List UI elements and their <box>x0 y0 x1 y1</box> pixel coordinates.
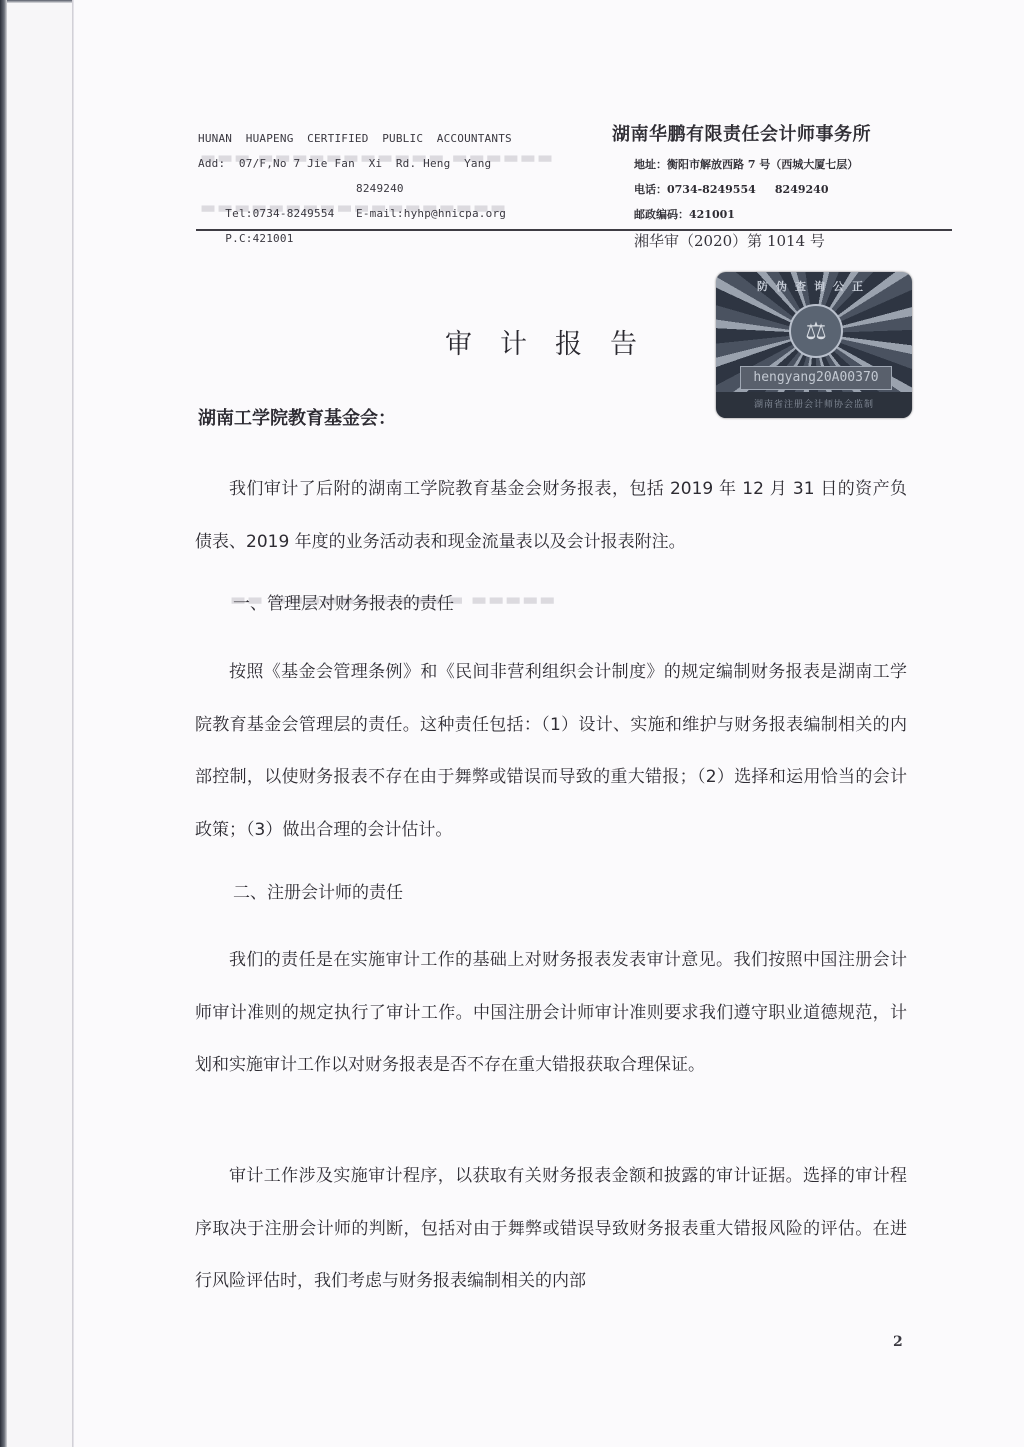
tel-row-en: Tel:0734-8249554 8249240 <box>198 176 512 201</box>
letterhead-chinese: 湖南华鹏有限责任会计师事务所 地址：衡阳市解放西路 7 号（西城大厦七层） 电话… <box>612 120 871 227</box>
page-number: 2 <box>893 1334 903 1350</box>
seal-verification-code: hengyang20A00370 <box>740 366 892 390</box>
section-2-heading: 二、注册会计师的责任 <box>233 878 403 903</box>
section-1-text: 按照《基金会管理条例》和《民间非营利组织会计制度》的规定编制财务报表是湖南工学院… <box>195 646 907 856</box>
section-1-body: 按照《基金会管理条例》和《民间非营利组织会计制度》的规定编制财务报表是湖南工学院… <box>195 646 907 856</box>
postcode-en: P.C:421001 <box>225 232 293 245</box>
postcode-row-en: P.C:421001 E-mail:hyhp@hnicpa.org <box>198 201 512 226</box>
letterhead-english: HUNAN HUAPENG CERTIFIED PUBLIC ACCOUNTAN… <box>198 126 512 226</box>
tel-alt-en: 8249240 <box>356 176 404 201</box>
section-2-paragraph-1: 我们的责任是在实施审计工作的基础上对财务报表发表审计意见。我们按照中国注册会计师… <box>195 934 907 1092</box>
address-en: Add: 07/F,No 7 Jie Fan Xi Rd. Heng Yang <box>198 151 512 176</box>
firm-name-en: HUNAN HUAPENG CERTIFIED PUBLIC ACCOUNTAN… <box>198 126 512 151</box>
intro-text: 我们审计了后附的湖南工学院教育基金会财务报表，包括 2019 年 12 月 31… <box>195 463 907 568</box>
scan-edge-left <box>0 0 7 1447</box>
letterhead-divider <box>196 229 952 231</box>
postcode-cn: 邮政编码：421001 <box>612 202 871 227</box>
addressee: 湖南工学院教育基金会： <box>198 404 396 430</box>
report-reference-number: 湘华审（2020）第 1014 号 <box>634 230 825 251</box>
section-2-text-1: 我们的责任是在实施审计工作的基础上对财务报表发表审计意见。我们按照中国注册会计师… <box>195 934 907 1092</box>
seal-top-text: 防伪查询公正 <box>716 278 912 294</box>
email-en: E-mail:hyhp@hnicpa.org <box>356 201 506 226</box>
anti-counterfeit-seal: 防伪查询公正 ⚖ hengyang20A00370 湖南省注册会计师协会监制 <box>716 272 912 418</box>
section-1-heading: 一、管理层对财务报表的责任 <box>233 589 454 614</box>
address-cn: 地址：衡阳市解放西路 7 号（西城大厦七层） <box>612 152 871 177</box>
tel-cn: 电话：0734-8249554 8249240 <box>612 177 871 202</box>
seal-bottom-text: 湖南省注册会计师协会监制 <box>716 392 912 418</box>
section-2-paragraph-2: 审计工作涉及实施审计程序，以获取有关财务报表金额和披露的审计证据。选择的审计程序… <box>195 1150 907 1308</box>
section-2-text-2: 审计工作涉及实施审计程序，以获取有关财务报表金额和披露的审计证据。选择的审计程序… <box>195 1150 907 1308</box>
intro-paragraph: 我们审计了后附的湖南工学院教育基金会财务报表，包括 2019 年 12 月 31… <box>195 463 907 568</box>
firm-name-cn: 湖南华鹏有限责任会计师事务所 <box>612 120 871 152</box>
scales-of-justice-icon: ⚖ <box>789 304 843 358</box>
document-title: 审计报告 <box>445 322 665 361</box>
